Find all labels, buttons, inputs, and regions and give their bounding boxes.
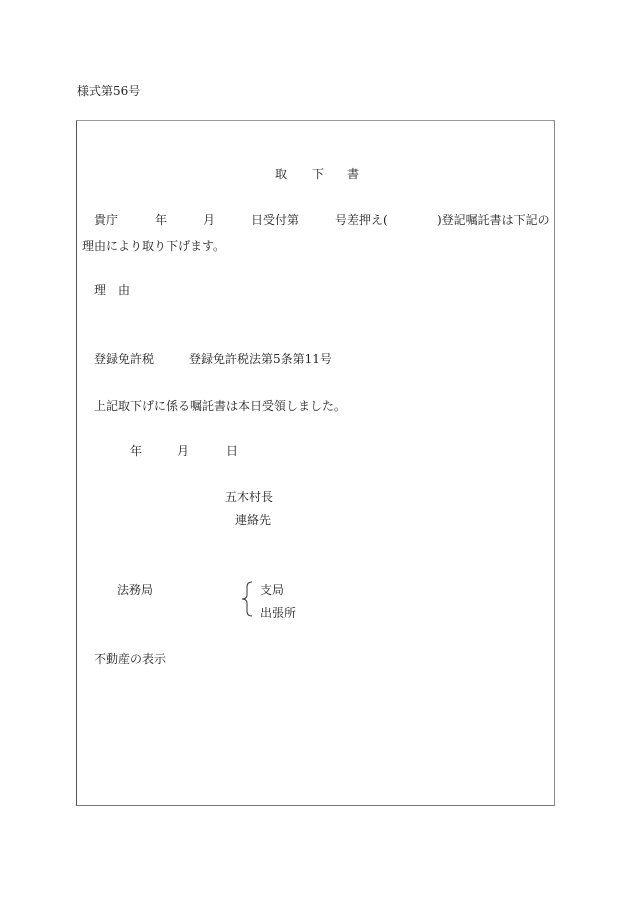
date-year: 年 — [130, 444, 142, 458]
reason-label-char-1: 理 — [94, 283, 106, 297]
addressee: 貴庁 — [94, 213, 118, 227]
title-char-3: 書 — [347, 167, 359, 181]
title-char-2: 下 — [312, 167, 324, 181]
title-char-1: 取 — [275, 167, 287, 181]
request-month: 月 — [203, 213, 215, 227]
request-year: 年 — [155, 213, 167, 227]
bureau-option-office: 出張所 — [260, 606, 296, 620]
receipt-statement: 上記取下げに係る嘱託書は本日受領しました。 — [94, 399, 346, 413]
issuer-contact: 連絡先 — [235, 513, 271, 527]
date-month: 月 — [177, 444, 189, 458]
property-label: 不動産の表示 — [94, 652, 166, 666]
bureau-label: 法務局 — [117, 583, 153, 597]
issuer-name: 五木村長 — [225, 490, 273, 504]
curly-brace-icon — [241, 581, 253, 617]
registration-tax-label: 登録免許税 — [94, 352, 154, 366]
request-number-seizure: 号差押え( — [335, 213, 388, 227]
request-day-received: 日受付第 — [251, 213, 299, 227]
date-day: 日 — [226, 444, 238, 458]
form-number: 様式第56号 — [77, 84, 140, 98]
request-continuation: 理由により取り下げます。 — [82, 239, 225, 253]
request-closing: )登記嘱託書は下記の — [437, 213, 550, 227]
bureau-option-branch: 支局 — [260, 583, 284, 597]
reason-label-char-2: 由 — [118, 283, 130, 297]
registration-tax-value: 登録免許税法第5条第11号 — [189, 352, 332, 366]
